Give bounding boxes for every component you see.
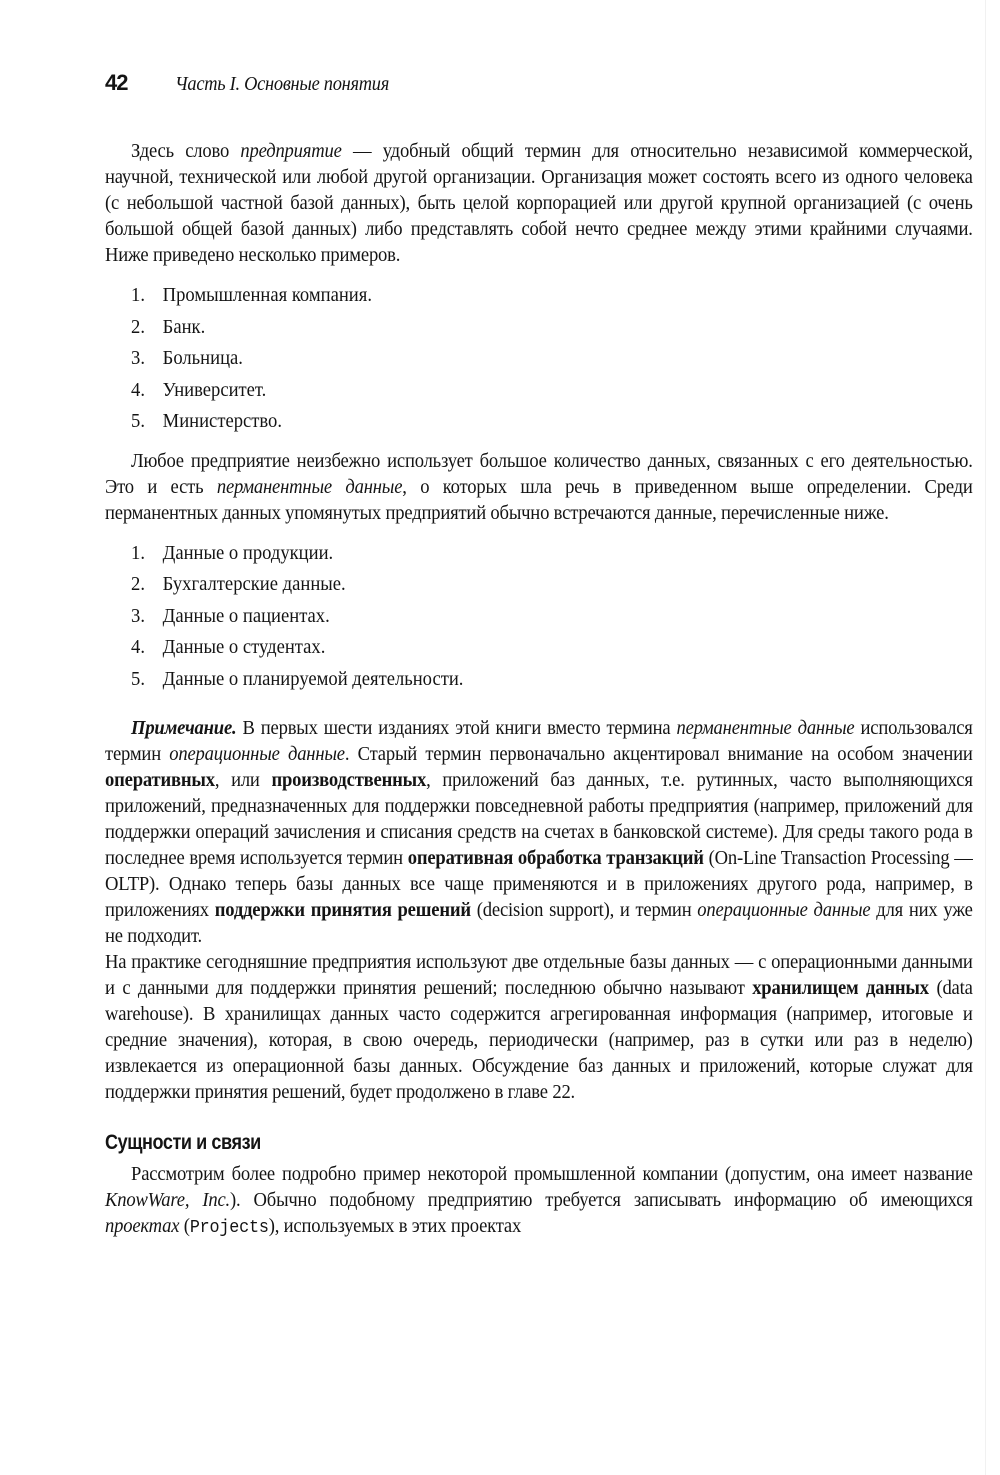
list-item: 1.Промышленная компания. — [105, 280, 912, 312]
text-run: . Старый термин первоначально акцентиров… — [345, 743, 973, 765]
list-text: Министерство. — [163, 406, 282, 438]
note-paragraph: Примечание. В первых шести изданиях этой… — [105, 715, 973, 949]
emphasis-term: перманентные данные — [676, 717, 854, 739]
running-head: 42 Часть I. Основные понятия — [105, 70, 973, 106]
note-label: Примечание. — [131, 717, 236, 739]
list-text: Данные о студентах. — [163, 632, 326, 664]
paragraph-enterprise-definition: Здесь слово предприятие — удобный общий … — [105, 138, 973, 268]
list-text: Данные о продукции. — [163, 538, 334, 570]
list-number: 3. — [105, 343, 163, 375]
list-item: 3.Больница. — [105, 343, 912, 375]
company-name: KnowWare, Inc. — [105, 1189, 230, 1211]
code-identifier: Projects — [190, 1218, 269, 1238]
text-run: ( — [179, 1215, 189, 1237]
paragraph-entities-intro: Рассмотрим более подробно пример некотор… — [105, 1161, 973, 1241]
list-text: Промышленная компания. — [163, 280, 372, 312]
list-number: 3. — [105, 601, 163, 633]
text-run: В первых шести изданиях этой книги вмест… — [237, 717, 677, 739]
list-text: Данные о планируемой деятельности. — [163, 664, 464, 696]
list-number: 2. — [105, 312, 163, 344]
list-item: 4.Данные о студентах. — [105, 632, 912, 664]
part-title: Часть I. Основные понятия — [175, 73, 389, 96]
text-run: (decision support), и термин — [471, 899, 697, 921]
bold-term: оперативная обработка транзакций — [408, 847, 704, 869]
book-page: 42 Часть I. Основные понятия Здесь слово… — [105, 70, 973, 1241]
list-text: Больница. — [163, 343, 243, 375]
paragraph-persistent-data: Любое предприятие неизбежно использует б… — [105, 448, 973, 526]
bold-term: оперативных — [105, 769, 215, 791]
page-edge-line — [985, 0, 986, 1475]
list-item: 4.Университет. — [105, 375, 912, 407]
list-item: 2.Бухгалтерские данные. — [105, 569, 912, 601]
list-text: Данные о пациентах. — [163, 601, 330, 633]
text-run: Рассмотрим более подробно пример некотор… — [131, 1163, 973, 1185]
text-run: ), используемых в этих проектах — [269, 1215, 521, 1237]
emphasis-term: перманентные данные — [217, 476, 402, 498]
text-run: Здесь слово — [131, 140, 240, 162]
emphasis-term: проектах — [105, 1215, 179, 1237]
list-item: 5.Министерство. — [105, 406, 912, 438]
list-number: 2. — [105, 569, 163, 601]
emphasis-term: предприятие — [240, 140, 341, 162]
list-text: Университет. — [163, 375, 267, 407]
list-number: 1. — [105, 280, 163, 312]
list-number: 4. — [105, 375, 163, 407]
list-text: Бухгалтерские данные. — [163, 569, 346, 601]
enterprise-examples-list: 1.Промышленная компания. 2.Банк. 3.Больн… — [105, 280, 973, 438]
page-number: 42 — [105, 70, 175, 96]
bold-term: производственных — [271, 769, 426, 791]
emphasis-term: операционные данные — [697, 899, 870, 921]
text-run: , или — [215, 769, 272, 791]
list-item: 1.Данные о продукции. — [105, 538, 912, 570]
bold-term: поддержки принятия решений — [215, 899, 471, 921]
list-item: 2.Банк. — [105, 312, 912, 344]
note-continuation-paragraph: На практике сегодняшние предприятия испо… — [105, 949, 973, 1105]
list-number: 1. — [105, 538, 163, 570]
list-text: Банк. — [163, 312, 206, 344]
emphasis-term: операционные данные — [169, 743, 345, 765]
list-number: 5. — [105, 406, 163, 438]
text-run: ). Обычно подобному предприятию требуетс… — [230, 1189, 973, 1211]
list-item: 5.Данные о планируемой деятельности. — [105, 664, 912, 696]
section-heading: Сущности и связи — [105, 1131, 851, 1155]
spacer — [105, 705, 973, 715]
bold-term: хранилищем данных — [752, 977, 929, 999]
persistent-data-list: 1.Данные о продукции. 2.Бухгалтерские да… — [105, 538, 973, 696]
list-item: 3.Данные о пациентах. — [105, 601, 912, 633]
list-number: 4. — [105, 632, 163, 664]
list-number: 5. — [105, 664, 163, 696]
